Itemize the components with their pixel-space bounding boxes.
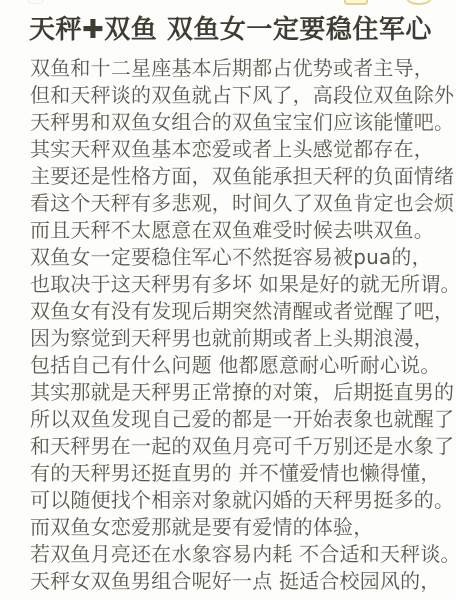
body-line: 所以双鱼发现自己爱的都是一开始表象也就醒了 <box>0 406 456 433</box>
body-line: 和天秤男在一起的双鱼月亮可千万别还是水象了 <box>0 433 456 460</box>
post-page: 天秤✚双鱼 双鱼女一定要稳住军心 双鱼和十二星座基本后期都占优势或者主导， 但和… <box>0 0 456 600</box>
body-line: 可以随便找个相亲对象就闪婚的天秤男挺多的。 <box>0 487 456 514</box>
body-line: 双鱼和十二星座基本后期都占优势或者主导， <box>0 55 456 82</box>
body-line: 包括自己有什么问题 他都愿意耐心听耐心说。 <box>0 352 456 379</box>
body-line: 若双鱼月亮还在水象容易内耗 不合适和天秤谈。 <box>0 541 456 568</box>
body-line: 天秤女双鱼男组合呢好一点 挺适合校园风的， <box>0 568 456 595</box>
body-line: 有的天秤男还挺直男的 并不懂爱情也懒得懂， <box>0 460 456 487</box>
post-title: 天秤✚双鱼 双鱼女一定要稳住军心 <box>0 0 456 46</box>
body-line: 天秤男和双鱼女组合的双鱼宝宝们应该能懂吧。 <box>0 109 456 136</box>
body-line: 而双鱼女恋爱那就是要有爱情的体验， <box>0 514 456 541</box>
body-line: 其实天秤双鱼基本恋爱或者上头感觉都存在， <box>0 136 456 163</box>
post-body: 双鱼和十二星座基本后期都占优势或者主导， 但和天秤谈的双鱼就占下风了，高段位双鱼… <box>0 46 456 595</box>
body-line: 也取决于这天秤男有多坏 如果是好的就无所谓。 <box>0 271 456 298</box>
body-line: 因为察觉到天秤男也就前期或者上头期浪漫， <box>0 325 456 352</box>
body-line: 主要还是性格方面，双鱼能承担天秤的负面情绪 <box>0 163 456 190</box>
body-line: 而且天秤不太愿意在双鱼难受时候去哄双鱼。 <box>0 217 456 244</box>
body-line: 双鱼女一定要稳住军心不然挺容易被pua的， <box>0 244 456 271</box>
body-line: 其实那就是天秤男正常撩的对策，后期挺直男的 <box>0 379 456 406</box>
body-line: 看这个天秤有多悲观，时间久了双鱼肯定也会烦 <box>0 190 456 217</box>
body-line: 但和天秤谈的双鱼就占下风了，高段位双鱼除外 <box>0 82 456 109</box>
body-line: 双鱼女有没有发现后期突然清醒或者觉醒了吧， <box>0 298 456 325</box>
